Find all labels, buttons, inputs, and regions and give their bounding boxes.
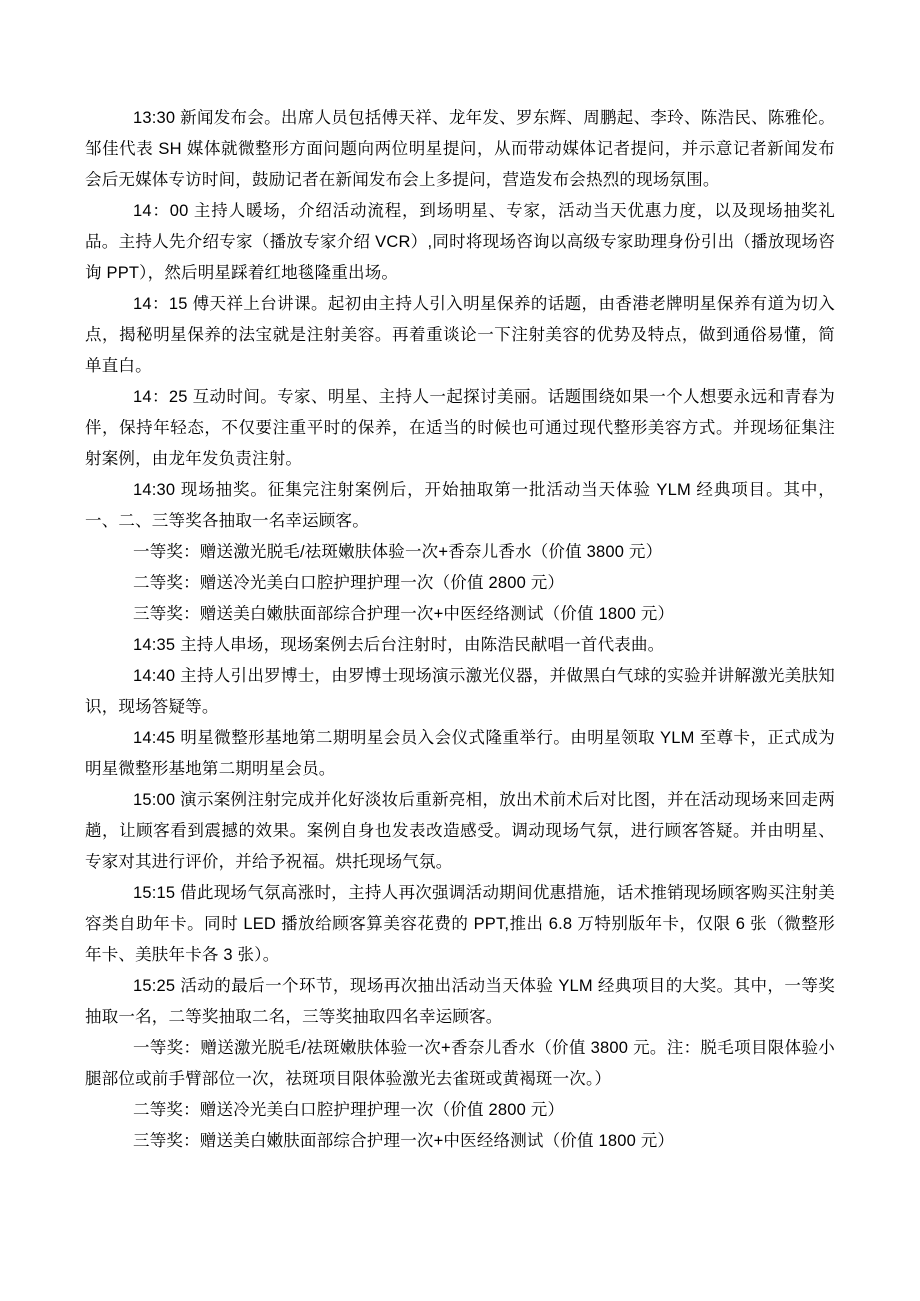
schedule-1440-laser-demo: 14:40 主持人引出罗博士，由罗博士现场演示激光仪器，并做黑白气球的实验并讲解… (85, 661, 835, 723)
schedule-1515-card-promotion: 15:15 借此现场气氛高涨时，主持人再次强调活动期间优惠措施，话术推销现场顾客… (85, 878, 835, 971)
document-page: 13:30 新闻发布会。出席人员包括傅天祥、龙年发、罗东辉、周鹏起、李玲、陈浩民… (0, 0, 920, 1301)
schedule-1425-interaction: 14：25 互动时间。专家、明星、主持人一起探讨美丽。话题围绕如果一个人想要永远… (85, 382, 835, 475)
prize-first-round2: 一等奖：赠送激光脱毛/祛斑嫩肤体验一次+香奈儿香水（价值 3800 元。注：脱毛… (85, 1033, 835, 1095)
document-text-block: 13:30 新闻发布会。出席人员包括傅天祥、龙年发、罗东辉、周鹏起、李玲、陈浩民… (85, 103, 835, 1157)
schedule-1525-final-lottery: 15:25 活动的最后一个环节，现场再次抽出活动当天体验 YLM 经典项目的大奖… (85, 971, 835, 1033)
prize-second-round1: 二等奖：赠送冷光美白口腔护理护理一次（价值 2800 元） (85, 568, 835, 599)
schedule-1500-case-reveal: 15:00 演示案例注射完成并化好淡妆后重新亮相，放出术前术后对比图，并在活动现… (85, 785, 835, 878)
schedule-1415-lecture: 14：15 傅天祥上台讲课。起初由主持人引入明星保养的话题，由香港老牌明星保养有… (85, 289, 835, 382)
prize-third-round1: 三等奖：赠送美白嫩肤面部综合护理一次+中医经络测试（价值 1800 元） (85, 599, 835, 630)
schedule-1435-interlude-song: 14:35 主持人串场，现场案例去后台注射时，由陈浩民献唱一首代表曲。 (85, 630, 835, 661)
schedule-1330-press-conference: 13:30 新闻发布会。出席人员包括傅天祥、龙年发、罗东辉、周鹏起、李玲、陈浩民… (85, 103, 835, 196)
schedule-1430-lottery: 14:30 现场抽奖。征集完注射案例后，开始抽取第一批活动当天体验 YLM 经典… (85, 475, 835, 537)
schedule-1445-membership-ceremony: 14:45 明星微整形基地第二期明星会员入会仪式隆重举行。由明星领取 YLM 至… (85, 723, 835, 785)
prize-first-round1: 一等奖：赠送激光脱毛/祛斑嫩肤体验一次+香奈儿香水（价值 3800 元） (85, 537, 835, 568)
prize-second-round2: 二等奖：赠送冷光美白口腔护理护理一次（价值 2800 元） (85, 1095, 835, 1126)
schedule-1400-host-warmup: 14：00 主持人暖场，介绍活动流程，到场明星、专家，活动当天优惠力度，以及现场… (85, 196, 835, 289)
prize-third-round2: 三等奖：赠送美白嫩肤面部综合护理一次+中医经络测试（价值 1800 元） (85, 1126, 835, 1157)
